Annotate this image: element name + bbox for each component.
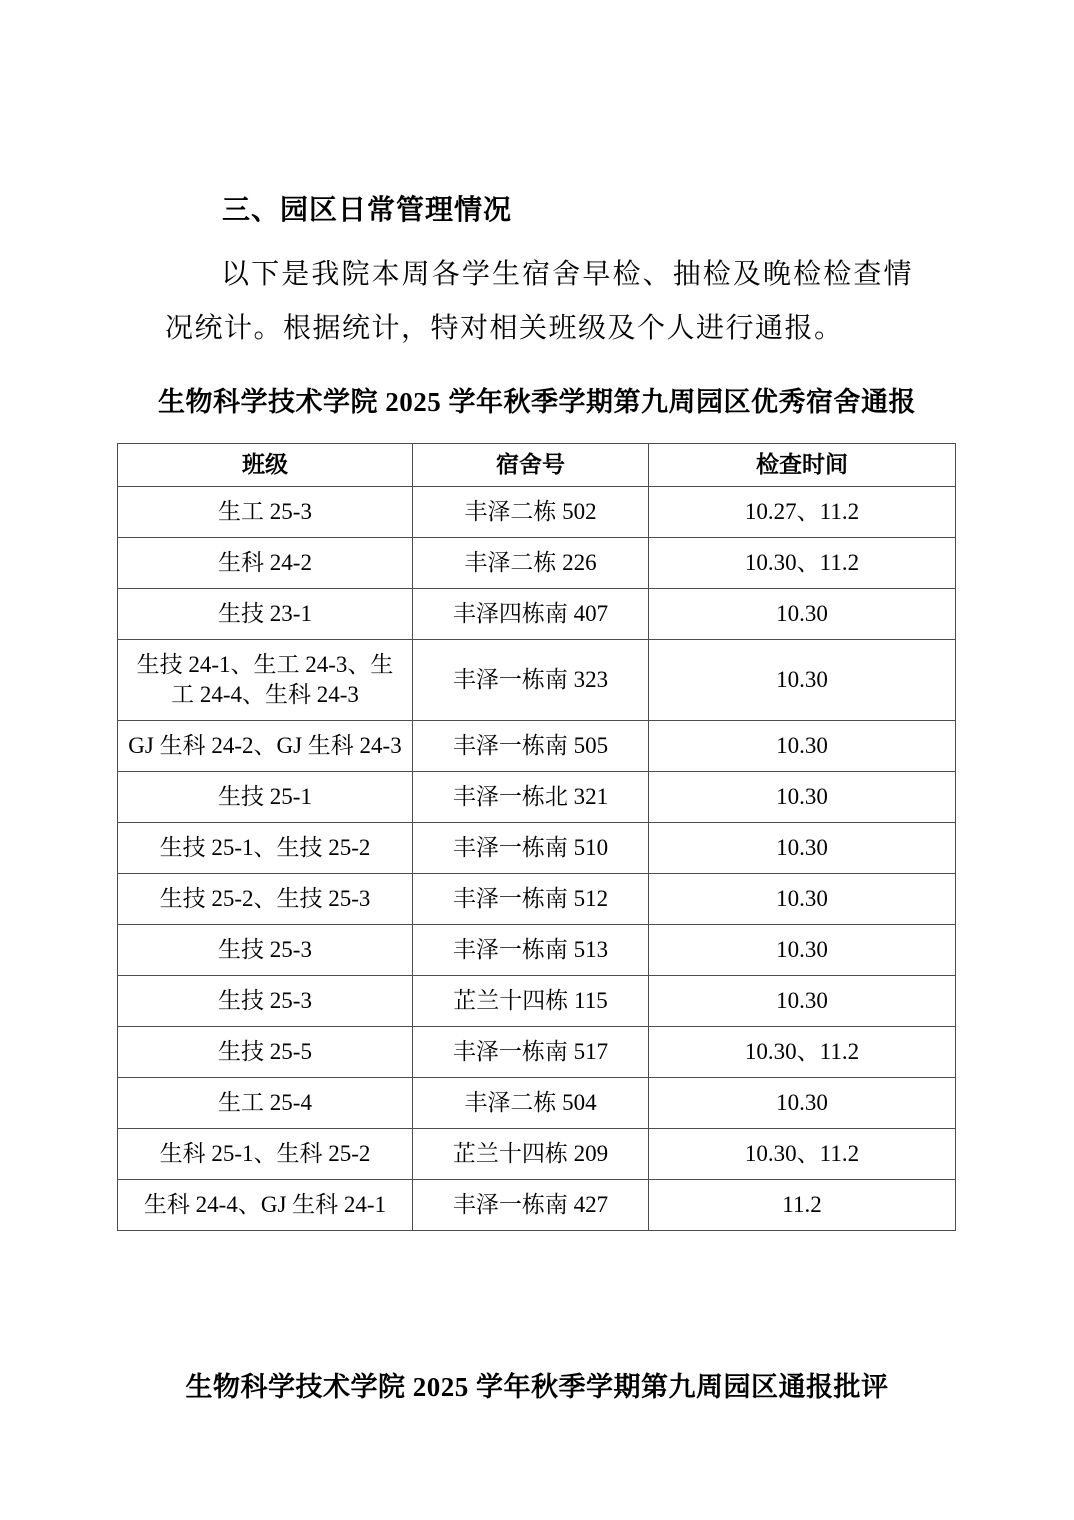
- table-cell: 10.30: [649, 640, 956, 721]
- col-header-class: 班级: [118, 444, 413, 487]
- table-cell: 生科 25-1、生科 25-2: [118, 1129, 413, 1180]
- table-cell: 生科 24-4、GJ 生科 24-1: [118, 1180, 413, 1231]
- table-cell: 丰泽一栋北 321: [413, 772, 649, 823]
- table-cell: 10.30: [649, 1078, 956, 1129]
- table-cell: 10.30: [649, 925, 956, 976]
- col-header-room: 宿舍号: [413, 444, 649, 487]
- table-cell: 10.30: [649, 772, 956, 823]
- table-cell: 生技 25-5: [118, 1027, 413, 1078]
- table-cell: 生技 25-3: [118, 976, 413, 1027]
- table-cell: 丰泽二栋 502: [413, 487, 649, 538]
- table-header: 班级 宿舍号 检查时间: [118, 444, 956, 487]
- table-cell: 生技 25-1: [118, 772, 413, 823]
- table-header-row: 班级 宿舍号 检查时间: [118, 444, 956, 487]
- table-row: 生科 24-2丰泽二栋 22610.30、11.2: [118, 538, 956, 589]
- table-cell: 生技 24-1、生工 24-3、生工 24-4、生科 24-3: [118, 640, 413, 721]
- table-row: 生技 24-1、生工 24-3、生工 24-4、生科 24-3丰泽一栋南 323…: [118, 640, 956, 721]
- table-cell: 丰泽二栋 226: [413, 538, 649, 589]
- table-cell: 生技 25-1、生技 25-2: [118, 823, 413, 874]
- table-cell: 10.27、11.2: [649, 487, 956, 538]
- table-cell: 10.30、11.2: [649, 1027, 956, 1078]
- table-row: 生技 25-3丰泽一栋南 51310.30: [118, 925, 956, 976]
- table-cell: 10.30: [649, 589, 956, 640]
- table-row: 生技 25-3芷兰十四栋 11510.30: [118, 976, 956, 1027]
- table-row: GJ 生科 24-2、GJ 生科 24-3丰泽一栋南 50510.30: [118, 721, 956, 772]
- table-cell: 丰泽一栋南 512: [413, 874, 649, 925]
- table-cell: 生技 25-2、生技 25-3: [118, 874, 413, 925]
- table-row: 生技 25-1、生技 25-2丰泽一栋南 51010.30: [118, 823, 956, 874]
- table-cell: GJ 生科 24-2、GJ 生科 24-3: [118, 721, 413, 772]
- excellent-dorm-table-title: 生物科学技术学院 2025 学年秋季学期第九周园区优秀宿舍通报: [0, 386, 1074, 418]
- table-cell: 生技 23-1: [118, 589, 413, 640]
- criticism-table-title: 生物科学技术学院 2025 学年秋季学期第九周园区通报批评: [0, 1371, 1074, 1403]
- table-cell: 芷兰十四栋 115: [413, 976, 649, 1027]
- table-cell: 芷兰十四栋 209: [413, 1129, 649, 1180]
- table-row: 生科 25-1、生科 25-2芷兰十四栋 20910.30、11.2: [118, 1129, 956, 1180]
- table-row: 生技 25-1丰泽一栋北 32110.30: [118, 772, 956, 823]
- col-header-check-time: 检查时间: [649, 444, 956, 487]
- table-cell: 生技 25-3: [118, 925, 413, 976]
- excellent-dorm-table: 班级 宿舍号 检查时间 生工 25-3丰泽二栋 50210.27、11.2生科 …: [117, 443, 956, 1231]
- intro-paragraph: 以下是我院本周各学生宿舍早检、抽检及晚检检查情况统计。根据统计，特对相关班级及个…: [165, 248, 913, 356]
- table-cell: 10.30、11.2: [649, 1129, 956, 1180]
- table-cell: 丰泽二栋 504: [413, 1078, 649, 1129]
- table-row: 生技 25-2、生技 25-3丰泽一栋南 51210.30: [118, 874, 956, 925]
- table-cell: 丰泽一栋南 513: [413, 925, 649, 976]
- section-heading: 三、园区日常管理情况: [222, 193, 1074, 227]
- table-cell: 10.30: [649, 874, 956, 925]
- table-cell: 丰泽一栋南 505: [413, 721, 649, 772]
- table-cell: 11.2: [649, 1180, 956, 1231]
- table-body: 生工 25-3丰泽二栋 50210.27、11.2生科 24-2丰泽二栋 226…: [118, 487, 956, 1231]
- table-cell: 丰泽四栋南 407: [413, 589, 649, 640]
- table-cell: 生工 25-3: [118, 487, 413, 538]
- table-cell: 10.30: [649, 823, 956, 874]
- table-cell: 丰泽一栋南 427: [413, 1180, 649, 1231]
- table-row: 生技 23-1丰泽四栋南 40710.30: [118, 589, 956, 640]
- table-cell: 10.30、11.2: [649, 538, 956, 589]
- table-row: 生工 25-4丰泽二栋 50410.30: [118, 1078, 956, 1129]
- table-cell: 生科 24-2: [118, 538, 413, 589]
- table-cell: 10.30: [649, 721, 956, 772]
- table-row: 生工 25-3丰泽二栋 50210.27、11.2: [118, 487, 956, 538]
- table-cell: 丰泽一栋南 510: [413, 823, 649, 874]
- table-cell: 10.30: [649, 976, 956, 1027]
- table-row: 生科 24-4、GJ 生科 24-1丰泽一栋南 42711.2: [118, 1180, 956, 1231]
- table-cell: 丰泽一栋南 517: [413, 1027, 649, 1078]
- table-cell: 丰泽一栋南 323: [413, 640, 649, 721]
- table-row: 生技 25-5丰泽一栋南 51710.30、11.2: [118, 1027, 956, 1078]
- table-cell: 生工 25-4: [118, 1078, 413, 1129]
- document-page: 三、园区日常管理情况 以下是我院本周各学生宿舍早检、抽检及晚检检查情况统计。根据…: [0, 0, 1074, 1520]
